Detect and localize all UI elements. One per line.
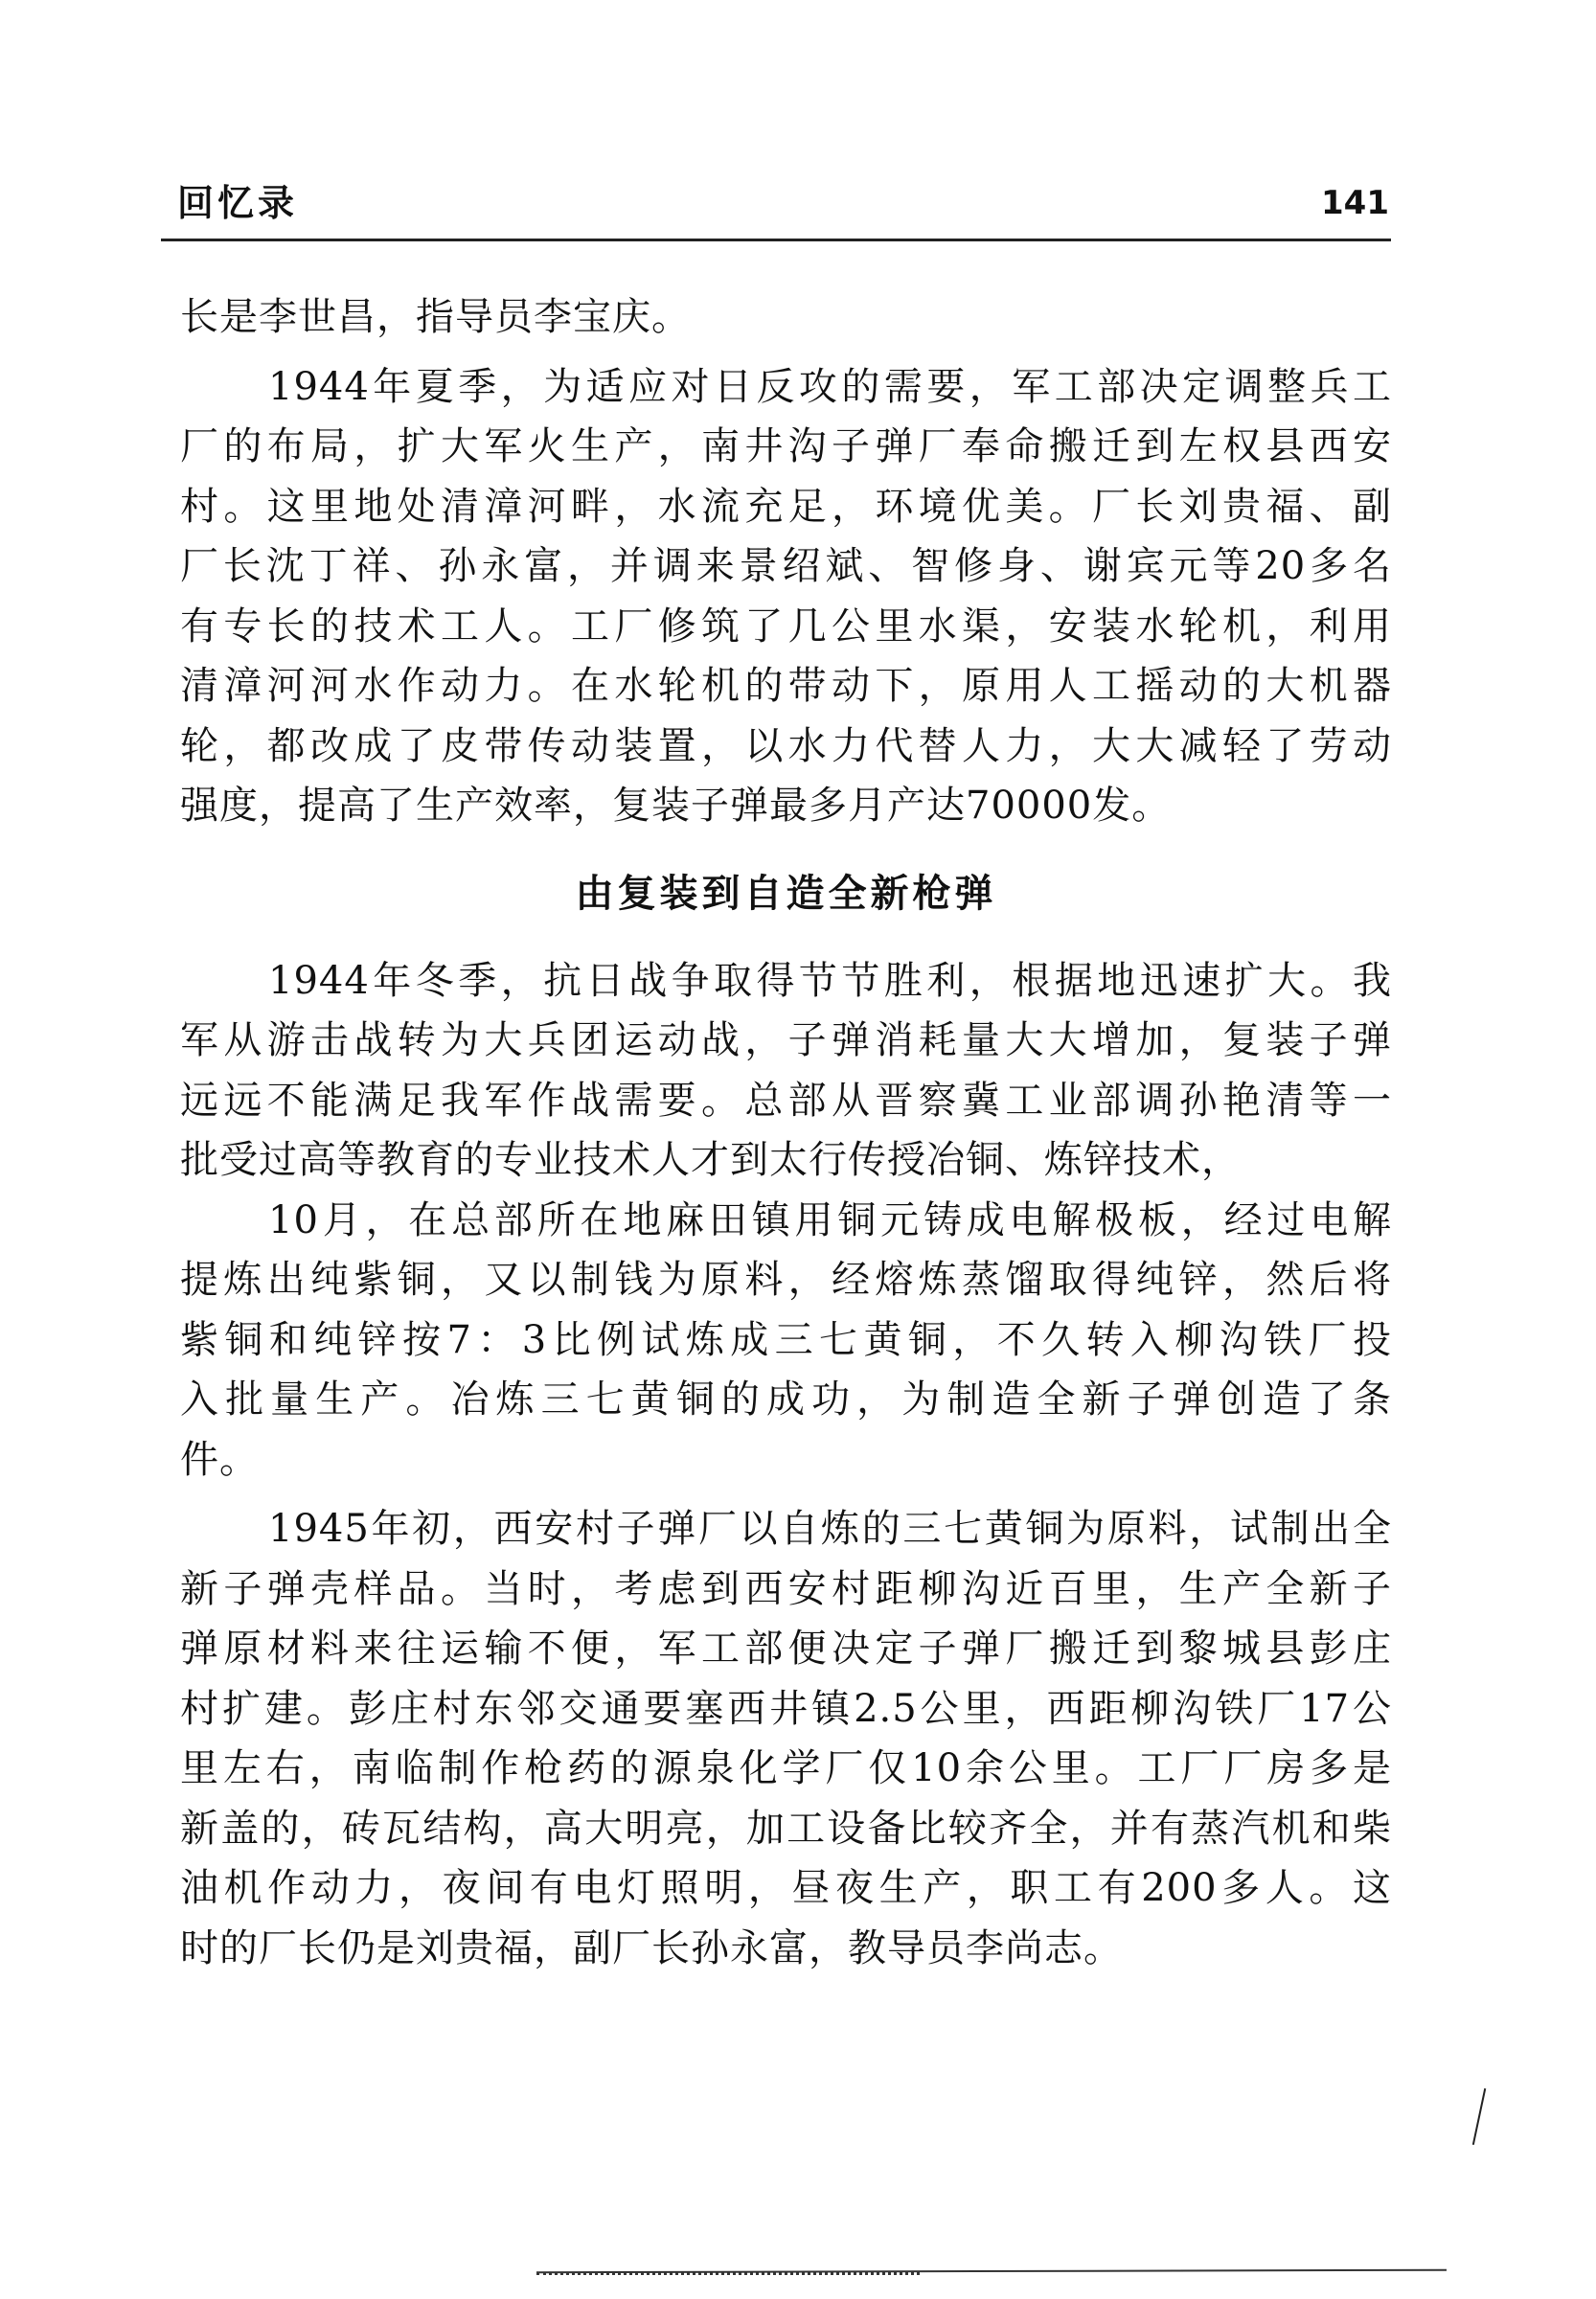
text-line: 紫铜和纯锌按7：3比例试炼成三七黄铜，不久转入柳沟铁厂投 bbox=[180, 1310, 1392, 1371]
text-line: 远远不能满足我军作战需要。总部从晋察冀工业部调孙艳清等一 bbox=[180, 1071, 1392, 1131]
text-line: 长是李世昌，指导员李宝庆。 bbox=[180, 287, 1392, 348]
text-line: 厂长沈丁祥、孙永富，并调来景绍斌、智修身、谢宾元等20多名 bbox=[180, 536, 1392, 597]
text-line: 有专长的技术工人。工厂修筑了几公里水渠，安装水轮机，利用 bbox=[180, 597, 1392, 657]
paragraph: 1944年冬季，抗日战争取得节节胜利，根据地迅速扩大。我 军从游击战转为大兵团运… bbox=[180, 951, 1392, 1191]
text-line: 件。 bbox=[180, 1430, 1392, 1491]
paragraph: 10月，在总部所在地麻田镇用铜元铸成电解极板，经过电解 提炼出纯紫铜，又以制钱为… bbox=[180, 1191, 1392, 1491]
text-line: 军从游击战转为大兵团运动战，子弹消耗量大大增加，复装子弹 bbox=[180, 1011, 1392, 1071]
text-line: 10月，在总部所在地麻田镇用铜元铸成电解极板，经过电解 bbox=[180, 1191, 1392, 1251]
page-header: 回忆录 141 bbox=[177, 180, 1389, 238]
header-rule bbox=[161, 239, 1391, 241]
text-line: 油机作动力，夜间有电灯照明，昼夜生产，职工有200多人。这 bbox=[180, 1858, 1392, 1919]
footer-rule-dotted bbox=[536, 2272, 920, 2275]
text-line: 提炼出纯紫铜，又以制钱为原料，经熔炼蒸馏取得纯锌，然后将 bbox=[180, 1250, 1392, 1310]
body-text: 长是李世昌，指导员李宝庆。 1944年夏季，为适应对日反攻的需要，军工部决定调整… bbox=[180, 287, 1392, 1978]
paragraph: 1945年初，西安村子弹厂以自炼的三七黄铜为原料，试制出全 新子弹壳样品。当时，… bbox=[180, 1499, 1392, 1978]
text-line: 清漳河河水作动力。在水轮机的带动下，原用人工摇动的大机器 bbox=[180, 656, 1392, 717]
text-line: 强度，提高了生产效率，复装子弹最多月产达70000发。 bbox=[180, 776, 1392, 836]
section-heading: 由复装到自造全新枪弹 bbox=[180, 836, 1392, 951]
text-line: 村。这里地处清漳河畔，水流充足，环境优美。厂长刘贵福、副 bbox=[180, 477, 1392, 537]
page-number: 141 bbox=[1321, 180, 1389, 226]
text-line: 1944年冬季，抗日战争取得节节胜利，根据地迅速扩大。我 bbox=[180, 951, 1392, 1012]
text-line: 里左右，南临制作枪药的源泉化学厂仅10余公里。工厂厂房多是 bbox=[180, 1739, 1392, 1799]
text-line: 1944年夏季，为适应对日反攻的需要，军工部决定调整兵工 bbox=[180, 357, 1392, 418]
text-line: 弹原材料来往运输不便，军工部便决定子弹厂搬迁到黎城县彭庄 bbox=[180, 1619, 1392, 1679]
text-line: 新子弹壳样品。当时，考虑到西安村距柳沟近百里，生产全新子 bbox=[180, 1559, 1392, 1620]
paragraph: 1944年夏季，为适应对日反攻的需要，军工部决定调整兵工 厂的布局，扩大军火生产… bbox=[180, 357, 1392, 836]
text-line: 入批量生产。冶炼三七黄铜的成功，为制造全新子弹创造了条 bbox=[180, 1370, 1392, 1430]
running-title: 回忆录 bbox=[177, 180, 298, 226]
text-line: 村扩建。彭庄村东邻交通要塞西井镇2.5公里，西距柳沟铁厂17公 bbox=[180, 1679, 1392, 1740]
text-line: 厂的布局，扩大军火生产，南井沟子弹厂奉命搬迁到左权县西安 bbox=[180, 417, 1392, 477]
text-line: 批受过高等教育的专业技术人才到太行传授冶铜、炼锌技术， bbox=[180, 1130, 1392, 1191]
text-line: 时的厂长仍是刘贵福，副厂长孙永富，教导员李尚志。 bbox=[180, 1919, 1392, 1979]
margin-pen-mark bbox=[1472, 2088, 1490, 2146]
text-line: 新盖的，砖瓦结构，高大明亮，加工设备比较齐全，并有蒸汽机和柴 bbox=[180, 1799, 1392, 1859]
text-line: 1945年初，西安村子弹厂以自炼的三七黄铜为原料，试制出全 bbox=[180, 1499, 1392, 1559]
text-line: 轮，都改成了皮带传动装置，以水力代替人力，大大减轻了劳动 bbox=[180, 717, 1392, 777]
